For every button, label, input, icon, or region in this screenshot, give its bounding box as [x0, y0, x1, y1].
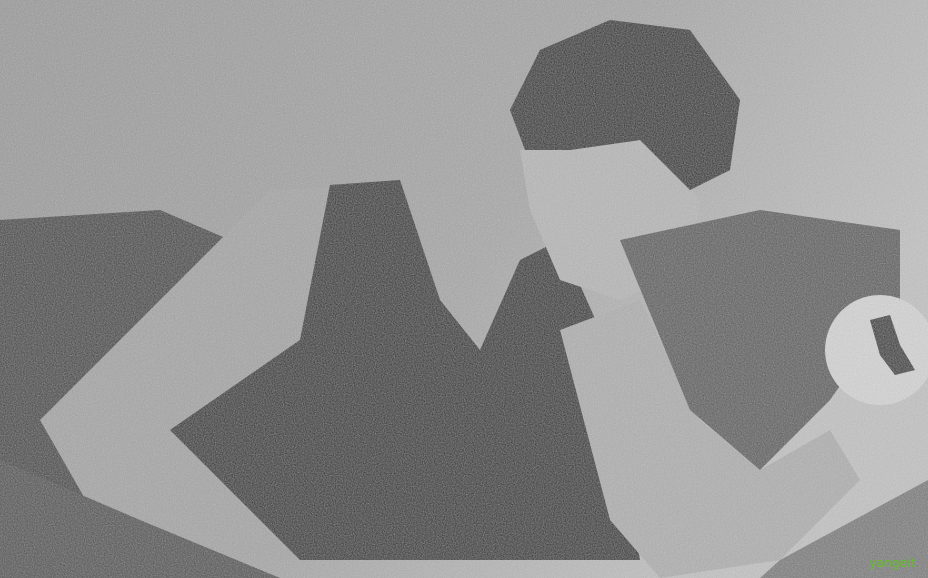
grainy-photo: yangeit	[0, 0, 928, 578]
photo-scene	[0, 0, 928, 578]
watermark-text: yangeit	[870, 556, 917, 570]
